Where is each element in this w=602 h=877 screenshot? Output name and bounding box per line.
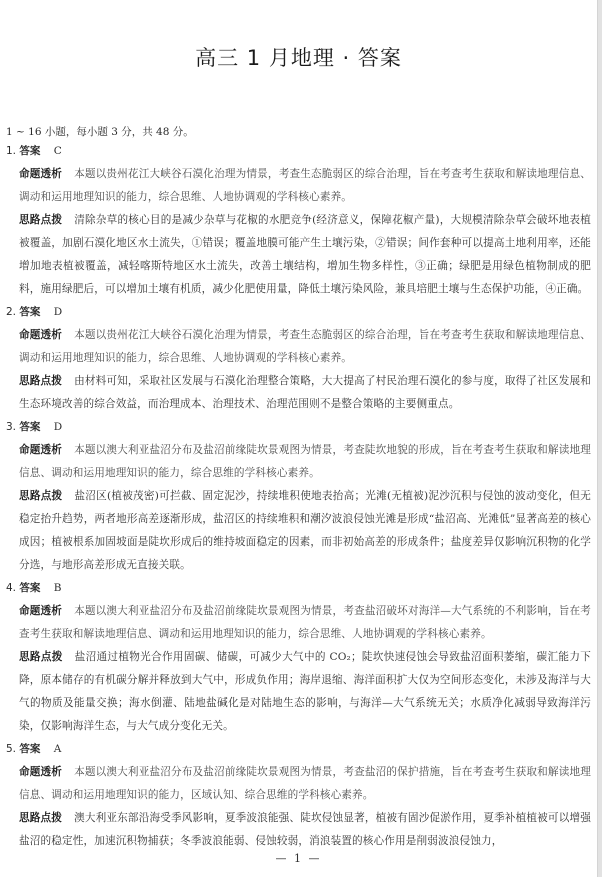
answer-value: D [54, 306, 62, 318]
hint-label: 思路点拨 [19, 490, 62, 502]
hint-label: 思路点拨 [19, 214, 62, 226]
answer-value: B [54, 582, 62, 594]
answer-label: 答案 [19, 145, 40, 157]
analysis-block: 命题透析本题以澳大利亚盐沼分布及盐沼前缘陡坎景观图为情景，考查盐沼破坏对海洋—大… [19, 600, 591, 646]
hint-text: 由材料可知，采取社区发展与石漠化治理整合策略，大大提高了村民治理石漠化的参与度，… [19, 375, 591, 410]
analysis-text: 本题以澳大利亚盐沼分布及盐沼前缘陡坎景观图为情景，考查盐沼的保护措施，旨在考查考… [19, 766, 591, 801]
analysis-text: 本题以澳大利亚盐沼分布及盐沼前缘陡坎景观图为情景，考查陡坎地貌的形成，旨在考查考… [19, 444, 591, 479]
document-title: 高三 1 月地理 · 答案 [0, 42, 597, 72]
hint-label: 思路点拨 [19, 375, 62, 387]
hint-block: 思路点拨盐沼通过植物光合作用固碳、储碳，可减少大气中的 CO₂；陡坎快速侵蚀会导… [19, 646, 591, 738]
question-1: 1. 答案 C 命题透析本题以贵州花江大峡谷石漠化治理为情景，考查生态脆弱区的综… [6, 140, 591, 301]
question-header: 3. 答案 D [6, 416, 591, 439]
analysis-label: 命题透析 [19, 766, 62, 778]
answer-label: 答案 [19, 421, 40, 433]
question-number: 4. [6, 582, 16, 594]
hint-text: 盐沼通过植物光合作用固碳、储碳，可减少大气中的 CO₂；陡坎快速侵蚀会导致盐沼面… [19, 651, 591, 732]
hint-block: 思路点拨澳大利亚东部沿海受季风影响，夏季波浪能强、陡坎侵蚀显著，植被有固沙促淤作… [19, 807, 591, 853]
analysis-label: 命题透析 [19, 605, 62, 617]
question-5: 5. 答案 A 命题透析本题以澳大利亚盐沼分布及盐沼前缘陡坎景观图为情景，考查盐… [6, 738, 591, 853]
hint-label: 思路点拨 [19, 651, 63, 663]
question-3: 3. 答案 D 命题透析本题以澳大利亚盐沼分布及盐沼前缘陡坎景观图为情景，考查陡… [6, 416, 591, 577]
analysis-block: 命题透析本题以贵州花江大峡谷石漠化治理为情景，考查生态脆弱区的综合治理，旨在考查… [19, 324, 591, 370]
answer-label: 答案 [19, 306, 40, 318]
question-2: 2. 答案 D 命题透析本题以贵州花江大峡谷石漠化治理为情景，考查生态脆弱区的综… [6, 301, 591, 416]
hint-text: 盐沼区(植被茂密)可拦截、固定泥沙，持续堆积使地表抬高；光滩(无植被)泥沙沉积与… [19, 490, 591, 571]
hint-text: 澳大利亚东部沿海受季风影响，夏季波浪能强、陡坎侵蚀显著，植被有固沙促淤作用，夏季… [19, 812, 591, 847]
question-number: 1. [6, 145, 16, 157]
question-number: 5. [6, 743, 16, 755]
answer-list: 1. 答案 C 命题透析本题以贵州花江大峡谷石漠化治理为情景，考查生态脆弱区的综… [6, 140, 591, 853]
hint-block: 思路点拨清除杂草的核心目的是减少杂草与花椒的水肥竞争(经济意义，保障花椒产量)，… [19, 209, 591, 301]
analysis-block: 命题透析本题以澳大利亚盐沼分布及盐沼前缘陡坎景观图为情景，考查陡坎地貌的形成，旨… [19, 439, 591, 485]
question-number: 3. [6, 421, 16, 433]
answer-value: A [54, 743, 62, 755]
page-edge-scrollbar[interactable] [597, 0, 602, 877]
question-4: 4. 答案 B 命题透析本题以澳大利亚盐沼分布及盐沼前缘陡坎景观图为情景，考查盐… [6, 577, 591, 738]
analysis-text: 本题以贵州花江大峡谷石漠化治理为情景，考查生态脆弱区的综合治理，旨在考查考生获取… [19, 329, 591, 364]
question-header: 5. 答案 A [6, 738, 591, 761]
question-number: 2. [6, 306, 16, 318]
answer-value: D [54, 421, 62, 433]
page-number: — 1 — [0, 852, 597, 865]
question-header: 4. 答案 B [6, 577, 591, 600]
answer-label: 答案 [19, 582, 40, 594]
hint-text: 清除杂草的核心目的是减少杂草与花椒的水肥竞争(经济意义，保障花椒产量)，大规模清… [19, 214, 591, 295]
analysis-label: 命题透析 [19, 168, 62, 180]
analysis-text: 本题以澳大利亚盐沼分布及盐沼前缘陡坎景观图为情景，考查盐沼破坏对海洋—大气系统的… [19, 605, 591, 640]
hint-block: 思路点拨由材料可知，采取社区发展与石漠化治理整合策略，大大提高了村民治理石漠化的… [19, 370, 591, 416]
document-page: 高三 1 月地理 · 答案 1 ~ 16 小题，每小题 3 分，共 48 分。 … [0, 0, 597, 877]
answer-value: C [54, 145, 62, 157]
hint-label: 思路点拨 [19, 812, 62, 824]
score-intro: 1 ~ 16 小题，每小题 3 分，共 48 分。 [6, 124, 194, 139]
analysis-label: 命题透析 [19, 444, 62, 456]
analysis-block: 命题透析本题以澳大利亚盐沼分布及盐沼前缘陡坎景观图为情景，考查盐沼的保护措施，旨… [19, 761, 591, 807]
analysis-text: 本题以贵州花江大峡谷石漠化治理为情景，考查生态脆弱区的综合治理，旨在考查考生获取… [19, 168, 591, 203]
hint-block: 思路点拨盐沼区(植被茂密)可拦截、固定泥沙，持续堆积使地表抬高；光滩(无植被)泥… [19, 485, 591, 577]
analysis-label: 命题透析 [19, 329, 62, 341]
question-header: 2. 答案 D [6, 301, 591, 324]
question-header: 1. 答案 C [6, 140, 591, 163]
answer-label: 答案 [19, 743, 40, 755]
analysis-block: 命题透析本题以贵州花江大峡谷石漠化治理为情景，考查生态脆弱区的综合治理，旨在考查… [19, 163, 591, 209]
